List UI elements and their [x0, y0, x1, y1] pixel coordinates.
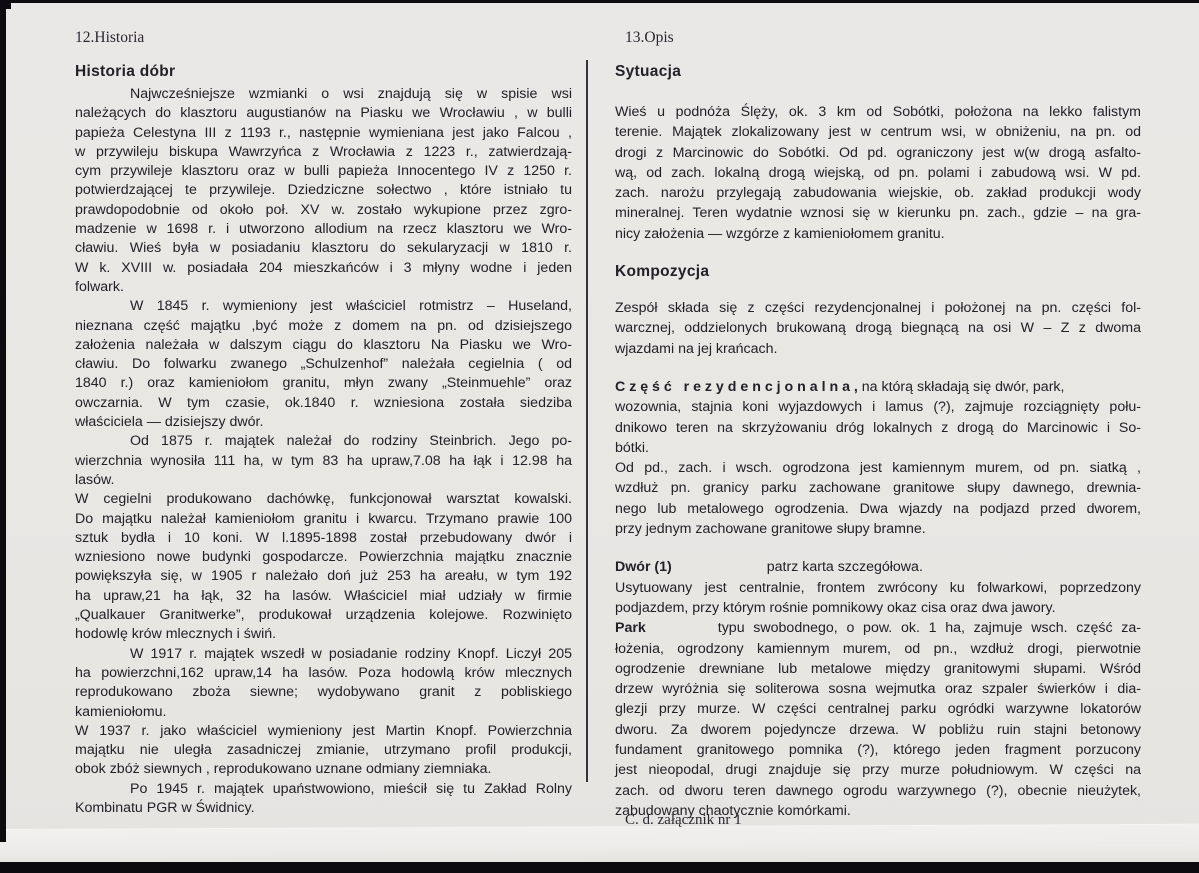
text-line: wozownia, stajnia koni wyjazdowych i lam… — [615, 397, 1141, 417]
text-line: należących do klasztoru augustianów na P… — [75, 104, 572, 123]
page-label: 12.Historia — [75, 28, 572, 48]
text-line: 1840 r.) oraz kamieniołom granitu, młyn … — [75, 374, 572, 393]
text-line: cławiu. Wieś była w posiadaniu klasztoru… — [75, 239, 572, 258]
scan-edge-top — [0, 0, 1199, 3]
text-line: W cegielni produkowano dachówkę, funkcjo… — [75, 490, 572, 509]
text-line: W 1917 r. majątek wszedł w posiadanie ro… — [75, 645, 572, 664]
scan-corner-top-left — [0, 0, 11, 9]
text-line: terenie. Majątek zlokalizowany jest w ce… — [615, 122, 1141, 142]
text-line: bótki. — [615, 438, 1141, 458]
text-line: łożenia, ogrodzony kamiennym murem, od p… — [615, 639, 1141, 659]
text-line: mineralnej. Teren wydatnie wznosi się w … — [615, 203, 1141, 223]
text-line: „Qualkauer Granitwerke”, produkował urzą… — [75, 606, 572, 625]
text-line: folwark. — [75, 278, 572, 297]
text-line: zach. od dworu teren dawnego ogrodu warz… — [615, 781, 1141, 801]
footer-note: C. d. załącznik nr 1 — [625, 812, 742, 829]
text-line: potwierdzającej te przywileje. Dziedzicz… — [75, 181, 572, 200]
text-line: warcznej, oddzielonych brukowaną drogą b… — [615, 318, 1141, 338]
inline-bold-label: C z ę ś ć r e z y d e n c j o n a l n a … — [615, 379, 858, 395]
text-line: założenia należała w dalszym ciągu do kl… — [75, 336, 572, 355]
vertical-gap — [615, 282, 1141, 298]
text-line: nieznana część majątku ,być może z domem… — [75, 317, 572, 336]
text-line: sztuk bydła i 10 koni. W l.1895-1898 zos… — [75, 529, 572, 548]
text-line: glezji przy murze. W części centralnej p… — [615, 699, 1141, 719]
text-line: podjazdem, przy którym rośnie pomnikowy … — [615, 598, 1141, 618]
text-line: wierzchnia wynosiła 111 ha, w tym 83 ha … — [75, 452, 572, 471]
text-line: Do majątku należał kamieniołom granitu i… — [75, 510, 572, 529]
text-line: nego lub metalowego ogrodzenia. Dwa wjaz… — [615, 499, 1141, 519]
text-line: powiększyła się, w 1905 r należało doń j… — [75, 567, 572, 586]
vertical-gap — [615, 244, 1141, 262]
vertical-gap — [75, 48, 572, 62]
text-line: wzniesiono nowe budynki gospodarcze. Pow… — [75, 548, 572, 567]
text-line: W 1845 r. wymieniony jest właściciel rot… — [75, 297, 572, 316]
text-line: nicy założenia — wzgórze z kamieniołomem… — [615, 224, 1141, 244]
column-opis: 13.OpisSytuacjaWieś u podnóża Ślęży, ok.… — [615, 28, 1141, 821]
inline-text: typu swobodnego, o pow. ok. 1 ha, zajmuj… — [718, 620, 1141, 636]
text-line: Kombinatu PGR w Świdnicy. — [75, 799, 572, 818]
text-line: ogrodzenie drewniane lub metalowe między… — [615, 659, 1141, 679]
text-line: hodowlę krów mlecznych i świń. — [75, 625, 572, 644]
text-line: owczarnia. W tym czasie, ok.1840 r. wzni… — [75, 394, 572, 413]
text-line: madzenie w 1698 r. i utworzono allodium … — [75, 220, 572, 239]
text-line: Wieś u podnóża Ślęży, ok. 3 km od Sobótk… — [615, 102, 1141, 122]
inline-bold-label: Park — [615, 620, 646, 636]
text-line: drzew wyróżnia się soliterowa sosna wejm… — [615, 679, 1141, 699]
text-line: cym przywileje klasztoru oraz w bulli pa… — [75, 162, 572, 181]
page-label: 13.Opis — [615, 28, 1141, 48]
text-line: Usytuowany jest centralnie, frontem zwró… — [615, 578, 1141, 598]
text-line: obok zbóż siewnych , reprodukowano uznan… — [75, 760, 572, 779]
text-line: Najwcześniejsze wzmianki o wsi znajdują … — [75, 85, 572, 104]
text-line: właściciela — dzisiejszy dwór. — [75, 413, 572, 432]
text-line: ha upraw,21 ha łąk, 32 ha lasów. Właścic… — [75, 587, 572, 606]
text-line: reprodukowano zboża siewne; wydobywano g… — [75, 683, 572, 702]
text-line: dnikowo teren na skrzyżowaniu dróg lokal… — [615, 418, 1141, 438]
text-line: drogi z Marcinowic do Sobótki. Od pd. og… — [615, 143, 1141, 163]
text-line: W k. XVIII w. posiadała 204 mieszkańców … — [75, 259, 572, 278]
text-line: ha powierzchni,162 upraw,14 ha lasów. Po… — [75, 664, 572, 683]
text-line: prawdopodobnie od około poł. XV w. zosta… — [75, 201, 572, 220]
paper-bottom-edge-band — [0, 824, 1199, 863]
text-line: papieża Celestyna III z 1193 r., następn… — [75, 124, 572, 143]
inline-bold-label: Dwór (1) — [615, 559, 672, 575]
inline-text: patrz karta szczegółowa. — [767, 559, 923, 575]
scan-edge-left — [0, 0, 6, 842]
text-line: wzdłuż pn. granicy parku zachowane grani… — [615, 478, 1141, 498]
text-line: C z ę ś ć r e z y d e n c j o n a l n a … — [615, 377, 1141, 397]
text-line: Parktypu swobodnego, o pow. ok. 1 ha, za… — [615, 618, 1141, 638]
text-line: Po 1945 r. majątek upaństwowiono, mieści… — [75, 780, 572, 799]
text-line: jest nieopodal, drugi znajduje się przy … — [615, 760, 1141, 780]
text-line: Od pd., zach. i wsch. ogrodzona jest kam… — [615, 458, 1141, 478]
inline-text: na którą składają się dwór, park, — [858, 379, 1065, 395]
scan-edge-bottom — [0, 862, 1199, 873]
text-line: Dwór (1)patrz karta szczegółowa. — [615, 557, 1141, 577]
text-line: fundament granitowego pomnika (?), które… — [615, 740, 1141, 760]
text-line: majątku nie uległa zasadniczej zmianie, … — [75, 741, 572, 760]
vertical-gap — [615, 48, 1141, 62]
text-line: w przywileju biskupa Wawrzyńca z Wrocław… — [75, 143, 572, 162]
vertical-gap — [615, 359, 1141, 377]
column-historia: 12.HistoriaHistoria dóbrNajwcześniejsze … — [75, 28, 572, 818]
text-line: dworu. Za dworem pojedyncze drzewa. W po… — [615, 720, 1141, 740]
section-heading: Sytuacja — [615, 62, 1141, 82]
text-line: Zespół składa się z części rezydencjonal… — [615, 298, 1141, 318]
text-line: kamieniołomu. — [75, 703, 572, 722]
scanned-page: 12.HistoriaHistoria dóbrNajwcześniejsze … — [0, 0, 1199, 873]
column-divider-rule — [586, 60, 588, 782]
text-line: lasów. — [75, 471, 572, 490]
vertical-gap — [615, 82, 1141, 102]
text-line: wjazdami na jej krańcach. — [615, 339, 1141, 359]
vertical-gap — [615, 539, 1141, 557]
section-heading: Historia dóbr — [75, 62, 572, 82]
text-line: zach. narożu przylegają zabudowania wiej… — [615, 183, 1141, 203]
section-heading: Kompozycja — [615, 262, 1141, 282]
text-line: Od 1875 r. majątek należał do rodziny St… — [75, 432, 572, 451]
text-line: przy jednym zachowane granitowe słupy br… — [615, 519, 1141, 539]
text-line: wą, od zach. lokalną drogą wiejską, od p… — [615, 163, 1141, 183]
text-line: cławiu. Do folwarku zwanego „Schulzenhof… — [75, 355, 572, 374]
text-line: W 1937 r. jako właściciel wymieniony jes… — [75, 722, 572, 741]
